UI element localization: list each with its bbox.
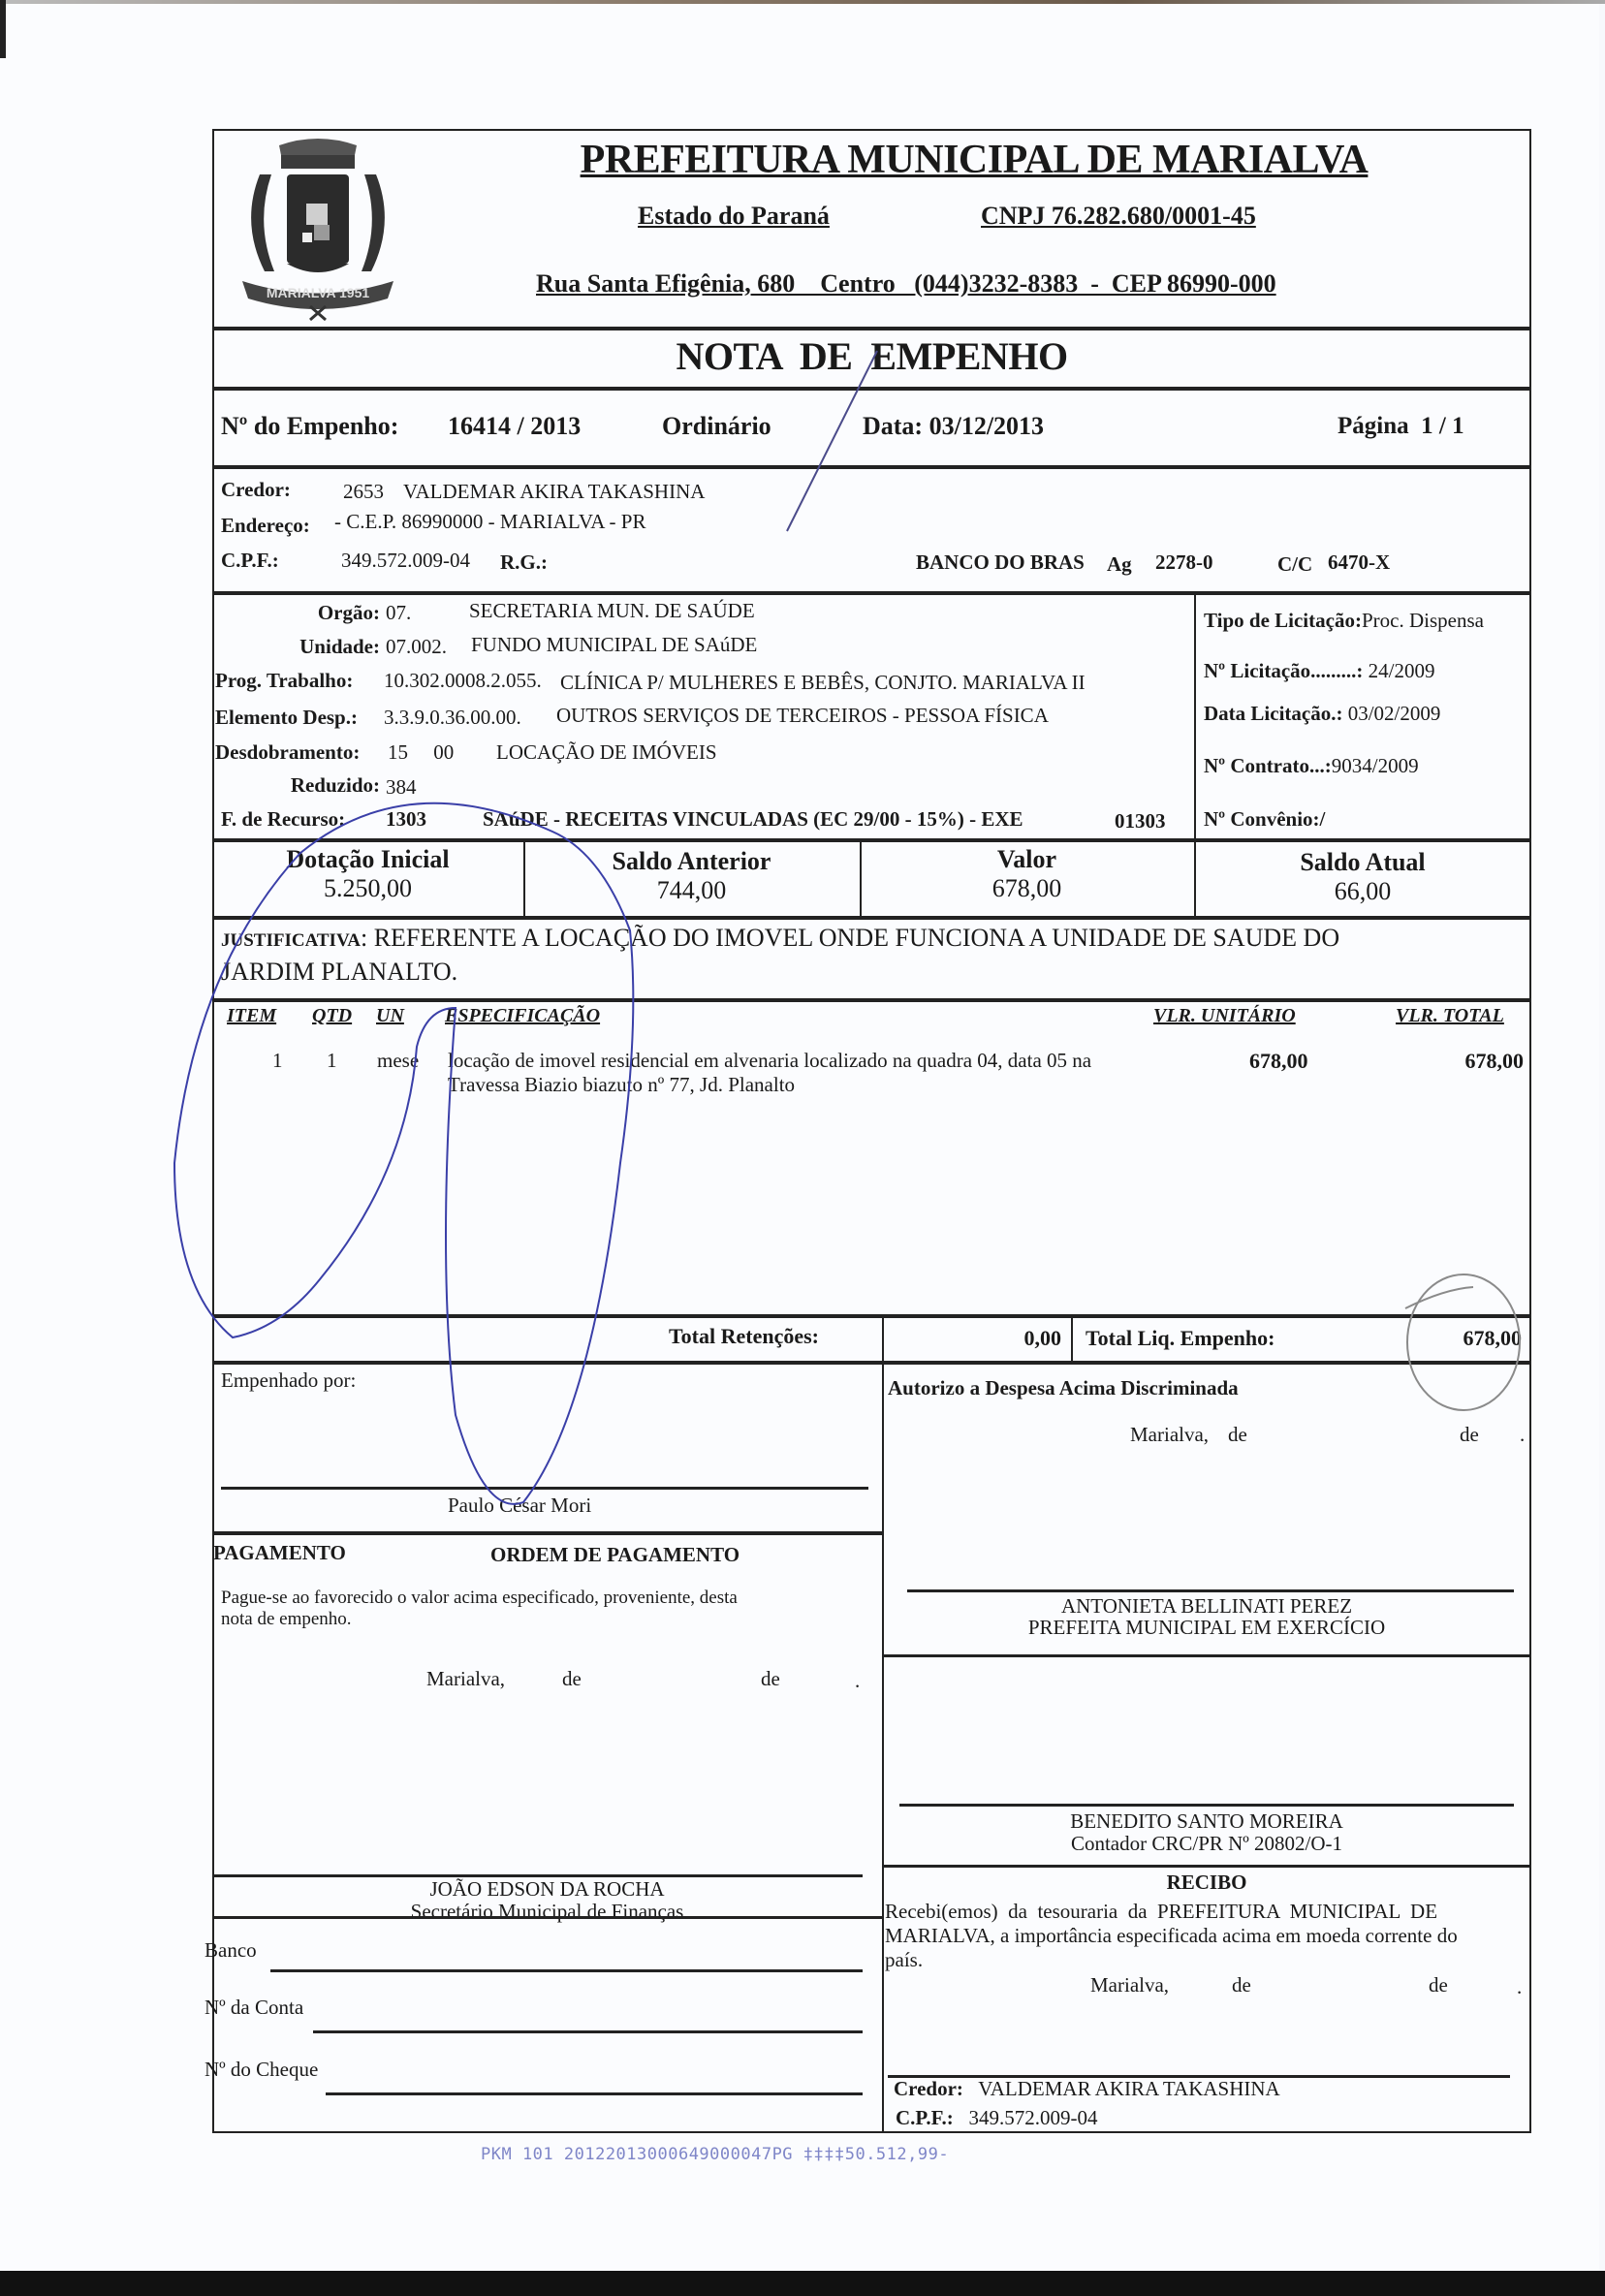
item-total: 678,00	[1465, 1049, 1525, 1074]
item-number: 1	[272, 1049, 283, 1073]
empenhado-signer: Paulo César Mori	[448, 1494, 591, 1518]
pagamento-de-2: de	[761, 1667, 780, 1691]
autorizo-dot: .	[1520, 1423, 1525, 1447]
agency-value: 2278-0	[1155, 550, 1213, 575]
state-label: Estado do Paraná	[638, 202, 830, 231]
orgao-name: SECRETARIA MUN. DE SAÚDE	[469, 599, 755, 623]
municipality-title: PREFEITURA MUNICIPAL DE MARIALVA	[417, 137, 1531, 185]
recibo-credor: Credor: VALDEMAR AKIRA TAKASHINA	[894, 2077, 1280, 2101]
balance-label: Saldo Atual	[1194, 848, 1531, 877]
cheque-input-line[interactable]	[326, 2092, 863, 2095]
col-header-spec: ESPECIFICAÇÃO	[445, 1005, 600, 1027]
recibo-text: Recebi(emos) da tesouraria da PREFEITURA…	[885, 1900, 1517, 1972]
contrato-label: Nº Contrato...:	[1204, 754, 1332, 777]
autorizo-signer: ANTONIETA BELLINATI PEREZ PREFEITA MUNIC…	[882, 1595, 1531, 1638]
elemento-label: Elemento Desp.:	[215, 706, 358, 730]
autorizo-signer-name: ANTONIETA BELLINATI PEREZ	[882, 1595, 1531, 1617]
conta-label: Nº da Conta	[205, 1996, 303, 2020]
pagamento-signer-role: Secretário Municipal de Finanças	[212, 1901, 882, 1923]
col-header-total: VLR. TOTAL	[1396, 1005, 1504, 1027]
pagamento-label: PAGAMENTO	[213, 1541, 346, 1565]
balance-value: 678,00	[860, 874, 1194, 903]
table-row: 1 1 mese locação de imovel residencial e…	[212, 1047, 1531, 1105]
justificativa: JUSTIFICATIVA: REFERENTE A LOCAÇÃO DO IM…	[221, 923, 1520, 988]
licitacao-date-label: Data Licitação.:	[1204, 702, 1342, 725]
prog-code: 10.302.0008.2.055.	[384, 669, 542, 693]
document-title: NOTA DE EMPENHO	[212, 333, 1531, 379]
pagamento-de-1: de	[562, 1667, 582, 1691]
divider	[212, 838, 1531, 842]
rg-label: R.G.:	[500, 550, 548, 575]
divider	[212, 998, 1531, 1002]
contrato-value: 9034/2009	[1332, 754, 1419, 777]
conta-input-line[interactable]	[313, 2030, 863, 2033]
orgao-code: 07.	[386, 601, 411, 625]
credor-label: Credor:	[221, 478, 291, 502]
divider	[212, 591, 1531, 595]
retencoes-value: 0,00	[882, 1326, 1061, 1351]
reduzido-value: 384	[386, 775, 417, 800]
signature-line	[221, 1487, 868, 1490]
licitacao-type-label: Tipo de Licitação:	[1204, 609, 1362, 632]
item-unit-value: 678,00	[1249, 1049, 1308, 1074]
banco-label: Banco	[205, 1938, 257, 1963]
cpf-value: 349.572.009-04	[341, 549, 470, 573]
recibo-title: RECIBO	[882, 1871, 1531, 1895]
licitacao-type: Tipo de Licitação:Proc. Dispensa	[1204, 609, 1484, 633]
desdobramento-name: LOCAÇÃO DE IMÓVEIS	[496, 740, 717, 765]
col-header-item: ITEM	[227, 1005, 276, 1027]
empenho-number: 16414 / 2013	[448, 412, 581, 441]
empenho-type: Ordinário	[662, 412, 771, 441]
address-label: Rua Santa Efigênia, 680 Centro (044)3232…	[536, 269, 1276, 299]
liquido-value: 678,00	[1357, 1326, 1522, 1351]
convenio-label: Nº Convênio:	[1204, 807, 1320, 831]
autorizo-signer-role: PREFEITA MUNICIPAL EM EXERCÍCIO	[882, 1617, 1531, 1638]
agency-label: Ag	[1107, 552, 1132, 577]
recibo-text-1: Recebi(emos) da tesouraria da PREFEITURA…	[885, 1900, 1517, 1924]
scan-edge-left	[0, 0, 6, 58]
contador-signer: BENEDITO SANTO MOREIRA Contador CRC/PR N…	[882, 1810, 1531, 1855]
balance-label: Saldo Anterior	[523, 847, 860, 876]
recibo-text-3: país.	[885, 1948, 1517, 1972]
item-qtd: 1	[327, 1049, 337, 1073]
orgao-label: Orgão:	[213, 601, 380, 625]
convenio-value: /	[1320, 807, 1326, 831]
justificativa-label: JUSTIFICATIVA	[221, 930, 361, 951]
elemento-name: OUTROS SERVIÇOS DE TERCEIROS - PESSOA FÍ…	[556, 704, 1049, 728]
page-label: Página	[1337, 413, 1409, 439]
reduzido-label: Reduzido:	[213, 773, 380, 798]
divider	[212, 916, 1531, 920]
pagamento-signer-name: JOÃO EDSON DA ROCHA	[212, 1878, 882, 1901]
balance-value: 66,00	[1194, 877, 1531, 906]
item-spec-line-1: locação de imovel residencial em alvenar…	[448, 1049, 1091, 1073]
bank-name: BANCO DO BRAS	[916, 550, 1085, 575]
unidade-label: Unidade:	[213, 635, 380, 659]
col-header-unit-value: VLR. UNITÁRIO	[1153, 1005, 1296, 1027]
contrato: Nº Contrato...:9034/2009	[1204, 754, 1419, 778]
autorizo-title: Autorizo a Despesa Acima Discriminada	[888, 1376, 1239, 1400]
recibo-de-2: de	[1429, 1973, 1448, 1997]
col-header-qtd: QTD	[312, 1005, 352, 1027]
balance-dotacao: Dotação Inicial 5.250,00	[212, 845, 523, 903]
credor-address: - C.E.P. 86990000 - MARIALVA - PR	[334, 510, 645, 534]
account-value: 6470-X	[1328, 550, 1390, 575]
pagamento-city: Marialva,	[426, 1667, 505, 1691]
divider	[212, 1361, 1531, 1365]
recibo-city: Marialva,	[1090, 1973, 1169, 1997]
prog-name: CLÍNICA P/ MULHERES E BEBÊS, CONJTO. MAR…	[560, 671, 1086, 695]
divider	[1194, 591, 1196, 838]
bank-authentication-stamp: PKM 101 20122013000649000047PG ‡‡‡‡50.51…	[481, 2145, 949, 2164]
credor-name: VALDEMAR AKIRA TAKASHINA	[403, 480, 705, 504]
balance-label: Valor	[860, 845, 1194, 874]
pagamento-dot: .	[855, 1669, 860, 1693]
credor-code: 2653	[343, 480, 384, 504]
account-label: C/C	[1277, 552, 1312, 577]
balance-saldo-anterior: Saldo Anterior 744,00	[523, 847, 860, 905]
elemento-code: 3.3.9.0.36.00.00.	[384, 706, 521, 730]
retencoes-label: Total Retenções:	[669, 1324, 819, 1349]
divider	[212, 1531, 882, 1535]
item-spec-line-2: Travessa Biazio biazuto nº 77, Jd. Plana…	[448, 1073, 1091, 1097]
desdobramento-label: Desdobramento:	[215, 740, 360, 765]
address-label: Endereço:	[221, 514, 310, 538]
contador-role: Contador CRC/PR Nº 20802/O-1	[882, 1833, 1531, 1855]
recibo-de-1: de	[1232, 1973, 1251, 1997]
recibo-dot: .	[1517, 1975, 1522, 1999]
licitacao-type-value: Proc. Dispensa	[1362, 609, 1484, 632]
signature-line	[899, 1804, 1514, 1807]
balance-valor: Valor 678,00	[860, 845, 1194, 903]
recibo-credor-name: VALDEMAR AKIRA TAKASHINA	[978, 2077, 1279, 2100]
col-header-un: UN	[376, 1005, 404, 1027]
licitacao-date: Data Licitação.: 03/02/2009	[1204, 702, 1440, 726]
pagamento-text-2: nota de empenho.	[221, 1609, 738, 1630]
desdobramento-code: 15 00	[388, 740, 454, 765]
item-un: mese	[377, 1049, 419, 1073]
pagamento-text: Pague-se ao favorecido o valor acima esp…	[221, 1588, 738, 1630]
item-spec: locação de imovel residencial em alvenar…	[448, 1049, 1091, 1097]
licitacao-date-value: 03/02/2009	[1348, 702, 1441, 725]
cheque-label: Nº do Cheque	[205, 2058, 318, 2082]
empenho-number-label: Nº do Empenho:	[221, 412, 398, 441]
justificativa-text-2: JARDIM PLANALTO.	[221, 958, 457, 986]
convenio: Nº Convênio:/	[1204, 807, 1325, 832]
balance-label: Dotação Inicial	[212, 845, 523, 874]
banco-input-line[interactable]	[270, 1969, 863, 1972]
pagamento-text-1: Pague-se ao favorecido o valor acima esp…	[221, 1588, 738, 1609]
divider	[212, 1916, 882, 1919]
divider	[212, 465, 1531, 469]
balance-saldo-atual: Saldo Atual 66,00	[1194, 848, 1531, 906]
divider	[882, 1654, 1531, 1657]
empenho-date-value: 03/12/2013	[929, 412, 1044, 440]
recurso-code: 1303	[386, 807, 426, 832]
autorizo-de-1: de	[1228, 1423, 1247, 1447]
empenho-date-label: Data:	[863, 412, 923, 440]
empenhado-label: Empenhado por:	[221, 1368, 356, 1393]
page-indicator: Página 1 / 1	[1337, 413, 1464, 440]
divider	[882, 1865, 1531, 1868]
page-value: 1 / 1	[1421, 413, 1463, 439]
recibo-cpf-label: C.P.F.:	[896, 2106, 954, 2129]
cpf-label: C.P.F.:	[221, 549, 279, 573]
svg-text:MARIALVA 1951: MARIALVA 1951	[267, 285, 370, 300]
recibo-cpf-value: 349.572.009-04	[968, 2106, 1097, 2129]
empenho-date: Data: 03/12/2013	[863, 412, 1044, 441]
divider	[212, 327, 1531, 330]
divider	[212, 387, 1531, 391]
autorizo-city: Marialva,	[1130, 1423, 1209, 1447]
recurso-label: F. de Recurso:	[221, 807, 345, 832]
recibo-credor-label: Credor:	[894, 2077, 963, 2100]
coat-of-arms-icon: MARIALVA 1951	[221, 136, 415, 325]
unidade-code: 07.002.	[386, 635, 447, 659]
licitacao-number-label: Nº Licitação.........:	[1204, 659, 1363, 682]
liquido-label: Total Liq. Empenho:	[1086, 1326, 1275, 1351]
recibo-cpf: C.P.F.: 349.572.009-04	[896, 2106, 1097, 2130]
autorizo-de-2: de	[1460, 1423, 1479, 1447]
recibo-text-2: MARIALVA, a importância especificada aci…	[885, 1924, 1517, 1948]
divider	[212, 1314, 1531, 1318]
divider	[1071, 1314, 1073, 1361]
contador-name: BENEDITO SANTO MOREIRA	[882, 1810, 1531, 1833]
scan-edge-bottom	[0, 2271, 1605, 2296]
licitacao-number: Nº Licitação.........: 24/2009	[1204, 659, 1435, 683]
prog-label: Prog. Trabalho:	[215, 669, 353, 693]
balance-value: 5.250,00	[212, 874, 523, 903]
pagamento-title: ORDEM DE PAGAMENTO	[490, 1543, 740, 1567]
justificativa-text-1: REFERENTE A LOCAÇÃO DO IMOVEL ONDE FUNCI…	[374, 924, 1339, 952]
recurso-code-2: 01303	[1115, 809, 1166, 833]
licitacao-number-value: 24/2009	[1369, 659, 1435, 682]
signature-line	[907, 1589, 1514, 1592]
divider	[882, 1314, 884, 2133]
unidade-name: FUNDO MUNICIPAL DE SAúDE	[471, 633, 757, 657]
cnpj-label: CNPJ 76.282.680/0001-45	[981, 202, 1256, 231]
balance-value: 744,00	[523, 876, 860, 905]
recurso-name: SAúDE - RECEITAS VINCULADAS (EC 29/00 - …	[483, 807, 1023, 832]
